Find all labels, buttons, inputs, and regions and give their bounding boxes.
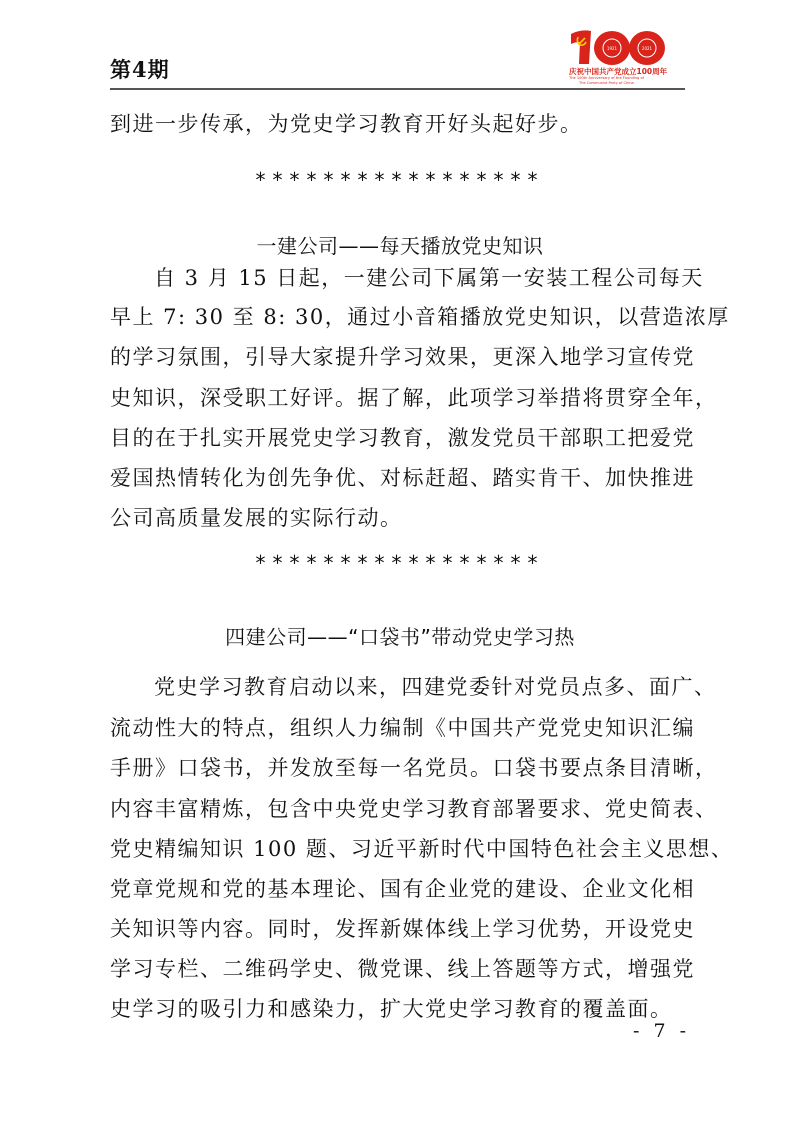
section1-line: 自 3 月 15 日起，一建公司下属第一安装工程公司每天 <box>154 261 690 295</box>
section1-line: 爱国热情转化为创先争优、对标赶超、踏实肯干、加快推进 <box>110 461 690 495</box>
svg-text:2021: 2021 <box>642 46 653 51</box>
section2-line: 史学习的吸引力和感染力，扩大党史学习教育的覆盖面。 <box>110 992 690 1026</box>
section1-line: 史知识，深受职工好评。据了解，此项学习举措将贯穿全年， <box>110 381 690 415</box>
page-number: - 7 - <box>633 1020 690 1042</box>
section2-title: 四建公司——“口袋书”带动党史学习热 <box>0 621 800 650</box>
section2-line: 关知识等内容。同时，发挥新媒体线上学习优势，开设党史 <box>110 912 690 946</box>
section2-line: 党史精编知识 100 题、习近平新时代中国特色社会主义思想、 <box>110 832 690 866</box>
svg-text:1921: 1921 <box>607 46 618 51</box>
section1-line: 目的在于扎实开展党史学习教育，激发党员干部职工把爱党 <box>110 421 690 455</box>
section2-line: 流动性大的特点，组织人力编制《中国共产党党史知识汇编 <box>110 711 690 745</box>
header-rule <box>110 88 685 90</box>
separator-1: ***************** <box>0 168 800 192</box>
section1-line: 的学习氛围，引导大家提升学习效果，更深入地学习宣传党 <box>110 340 690 374</box>
section2-line: 党章党规和党的基本理论、国有企业党的建设、企业文化相 <box>110 872 690 906</box>
section1-line: 公司高质量发展的实际行动。 <box>110 501 690 535</box>
section2-line: 党史学习教育启动以来，四建党委针对党员点多、面广、 <box>154 670 690 704</box>
section2-line: 学习专栏、二维码学史、微党课、线上答题等方式，增强党 <box>110 952 690 986</box>
party-100-emblem-icon: 1921 2021 <box>567 28 675 68</box>
issue-number: 第4期 <box>110 54 170 84</box>
logo-caption-en-2: The Communist Party of China <box>579 81 634 85</box>
centenary-logo: 1921 2021 庆祝中国共产党成立100周年 The 100th Anniv… <box>567 28 675 88</box>
logo-caption-en-1: The 100th Anniversary of the Founding of <box>569 76 644 80</box>
separator-2: ***************** <box>0 551 800 575</box>
section1-title: 一建公司——每天播放党史知识 <box>0 230 800 259</box>
page-header: 第4期 1921 2021 庆祝中国共产党成立100周年 The 100th A… <box>110 34 685 92</box>
section2-line: 手册》口袋书，并发放至每一名党员。口袋书要点条目清晰， <box>110 751 690 785</box>
intro-line: 到进一步传承，为党史学习教育开好头起好步。 <box>110 107 690 141</box>
section2-line: 内容丰富精炼，包含中央党史学习教育部署要求、党史简表、 <box>110 792 690 826</box>
section1-line: 早上 7: 30 至 8: 30，通过小音箱播放党史知识，以营造浓厚 <box>110 300 690 334</box>
